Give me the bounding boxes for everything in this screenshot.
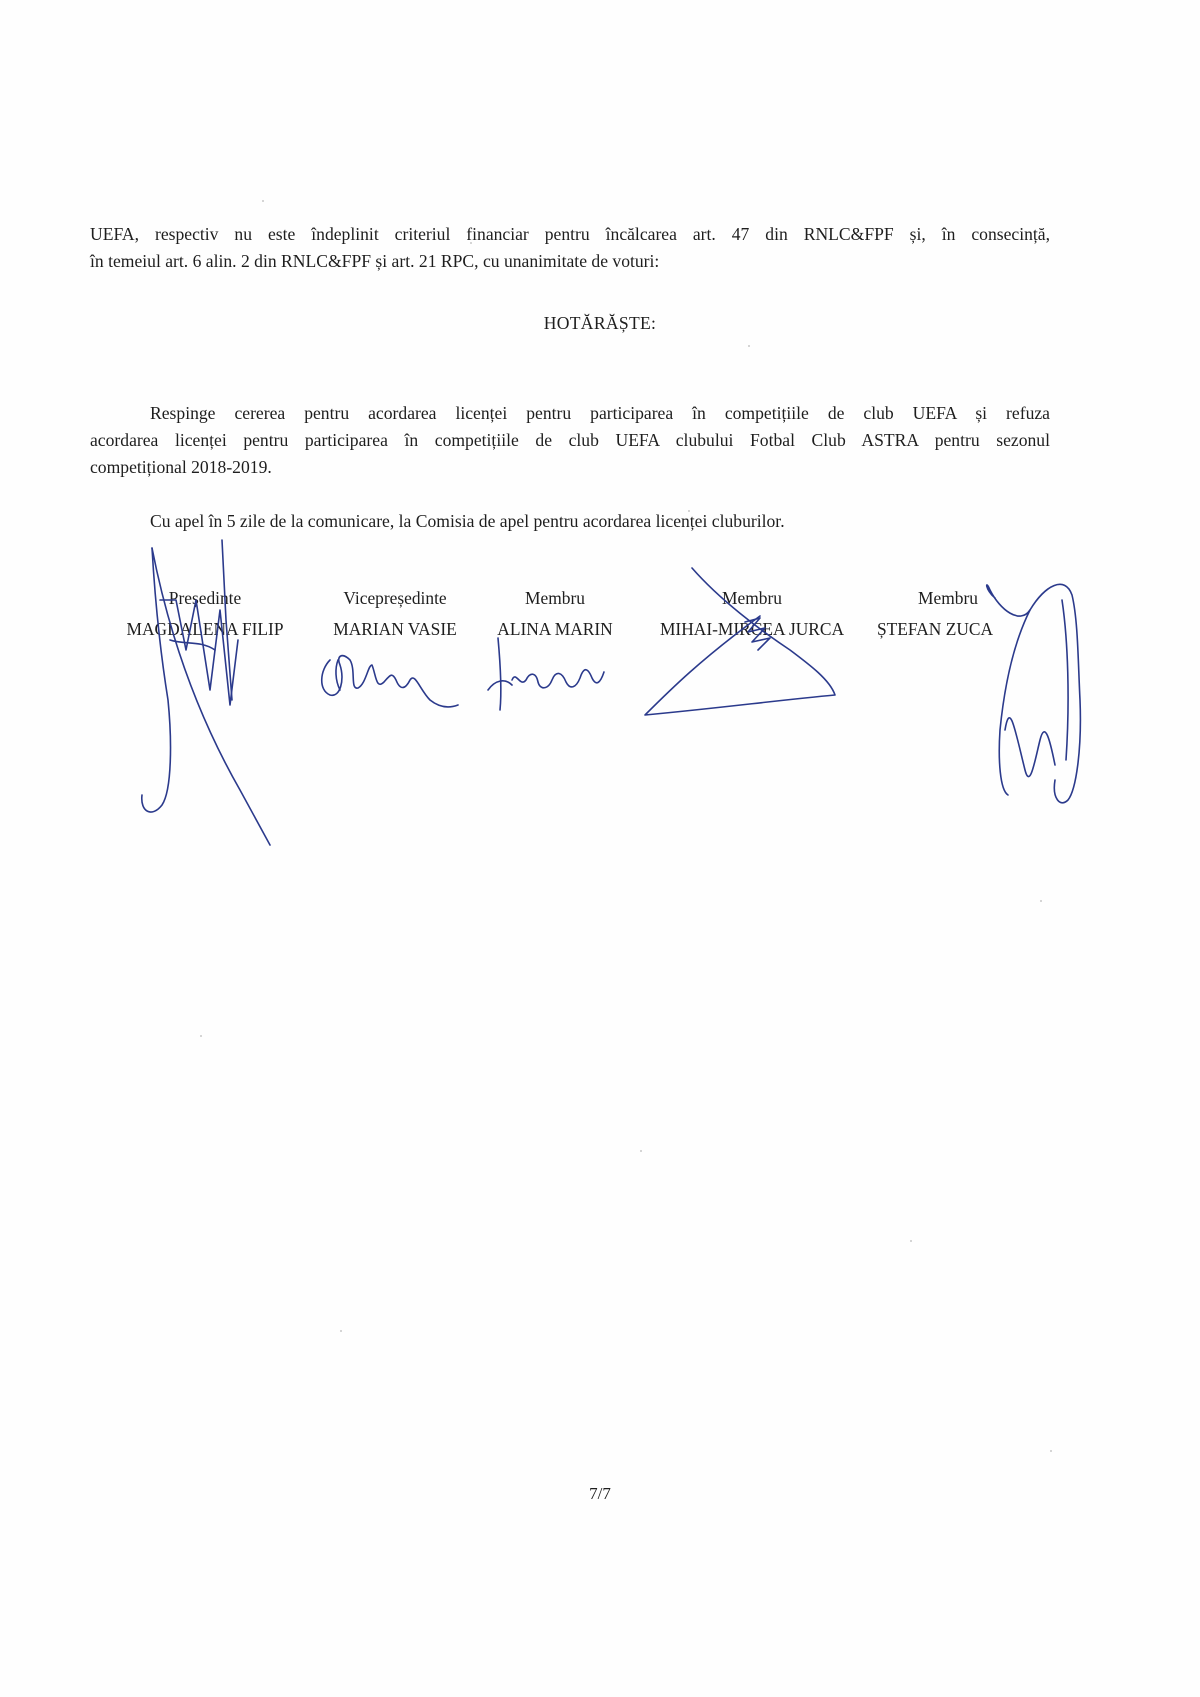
decision-heading: HOTĂRĂȘTE: [0, 313, 1200, 334]
scan-speck [340, 1330, 342, 1332]
signatory-name: ALINA MARIN [497, 619, 612, 640]
signature-stefan-zuca [987, 584, 1081, 802]
signature-alina-marin [488, 638, 604, 710]
scan-speck [1040, 900, 1042, 902]
scan-speck [262, 200, 264, 202]
paragraph-line: în temeiul art. 6 alin. 2 din RNLC&FPF ș… [90, 248, 1050, 275]
paragraph-reasoning: UEFA, respectiv nu este îndeplinit crite… [90, 221, 1050, 275]
signatory-role: Membru [722, 588, 782, 609]
page-number: 7/7 [0, 1484, 1200, 1504]
paragraph-line: UEFA, respectiv nu este îndeplinit crite… [90, 221, 1050, 248]
paragraph-appeal: Cu apel în 5 zile de la comunicare, la C… [90, 508, 1050, 535]
paragraph-decision: Respinge cererea pentru acordarea licenț… [90, 400, 1050, 481]
scan-speck [688, 510, 690, 512]
scan-speck [910, 1240, 912, 1242]
paragraph-line: competițional 2018-2019. [90, 454, 1050, 481]
signatory-name: MIHAI-MIRCEA JURCA [660, 619, 844, 640]
signatory-role: Președinte [169, 588, 241, 609]
document-page: UEFA, respectiv nu este îndeplinit crite… [0, 0, 1200, 1697]
paragraph-line: Respinge cererea pentru acordarea licenț… [90, 400, 1050, 427]
paragraph-line: acordarea licenței pentru participarea î… [90, 427, 1050, 454]
scan-speck [1050, 1450, 1052, 1452]
scan-speck [470, 242, 472, 244]
scan-speck [748, 345, 750, 347]
signatory-role: Vicepreședinte [343, 588, 446, 609]
signatory-name: MARIAN VASIE [333, 619, 457, 640]
signature-magdalena-filip [142, 540, 270, 845]
signature-marian-vasie [322, 656, 458, 707]
scan-speck [200, 1035, 202, 1037]
signatory-role: Membru [918, 588, 978, 609]
signatory-name: ȘTEFAN ZUCA [877, 619, 993, 640]
signatory-name: MAGDALENA FILIP [127, 619, 284, 640]
scan-speck [640, 1150, 642, 1152]
signatory-role: Membru [525, 588, 585, 609]
